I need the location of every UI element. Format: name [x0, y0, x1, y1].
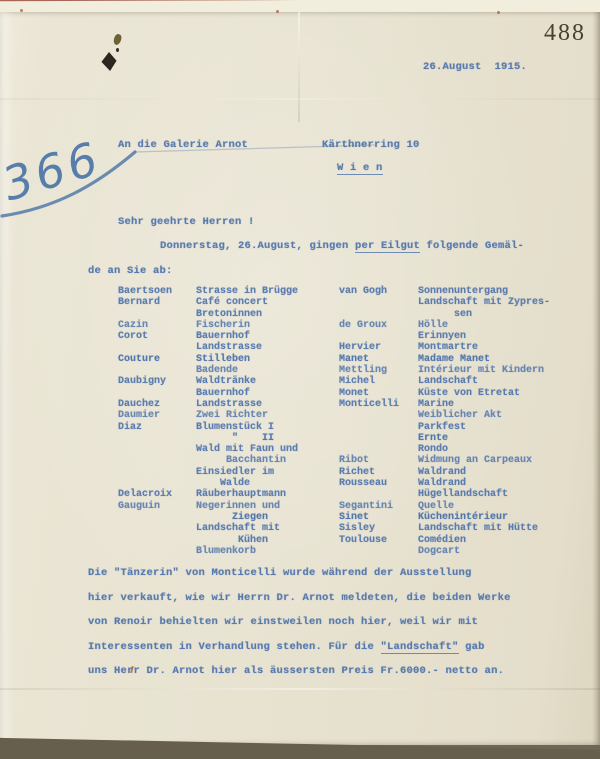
table-row: Wald mit Faun undRondo [118, 444, 588, 455]
work-cell-right: Hügellandschaft [418, 489, 588, 500]
artist-cell-left: Daubigny [118, 376, 196, 387]
work-cell-left: Strasse in Brügge [196, 286, 339, 297]
work-cell-right: Sonnenuntergang [418, 286, 588, 297]
letter-page: 488 366 26.August 1915. An die Galerie A… [0, 12, 600, 745]
table-row: KühenToulouseComédien [118, 535, 588, 546]
recipient-city-text: W i e n [337, 162, 383, 175]
artist-cell-right [339, 546, 418, 557]
artist-cell-left [118, 512, 196, 523]
artist-cell-left: Delacroix [118, 489, 196, 500]
work-cell-left: Bretoninnen [196, 309, 339, 320]
artist-cell-left [118, 535, 196, 546]
work-cell-left: Landschaft mit [196, 523, 339, 534]
work-cell-right: Comédien [418, 535, 588, 546]
artist-cell-left [118, 309, 196, 320]
artist-cell-right: van Gogh [339, 286, 418, 297]
work-cell-left: " II [196, 433, 339, 444]
work-cell-right: Widmung an Carpeaux [418, 455, 588, 466]
work-cell-right: Madame Manet [418, 354, 588, 365]
work-cell-left: Bauernhof [196, 388, 339, 399]
ink-blot [100, 52, 118, 71]
table-row: BadendeMettlingIntérieur mit Kindern [118, 365, 588, 376]
closing-line-3: von Renoir behielten wir einstweilen noc… [88, 616, 558, 641]
table-row: ZiegenSinetKüchenintérieur [118, 512, 588, 523]
intro-line-1-pre: Donnerstag, 26.August, gingen [160, 240, 355, 252]
closing-line-5: uns Herr Dr. Arnot hier als äussersten P… [88, 665, 558, 690]
table-row: LandstrasseHervierMontmartre [118, 342, 588, 353]
red-speck [497, 11, 500, 14]
work-cell-left: Negerinnen und [196, 501, 339, 512]
intro-line-1: Donnerstag, 26.August, gingen per Eilgut… [160, 240, 524, 252]
artist-cell-left: Daumier [118, 410, 196, 421]
work-cell-left: Bacchantin [196, 455, 339, 466]
table-row: WaldeRousseauWaldrand [118, 478, 588, 489]
artist-cell-left [118, 455, 196, 466]
work-cell-left: Walde [196, 478, 339, 489]
table-row: CoutureStillebenManetMadame Manet [118, 354, 588, 365]
shipment-table: BaertsoenStrasse in Brüggevan GoghSonnen… [118, 286, 588, 557]
artist-cell-left [118, 546, 196, 557]
recipient-city: W i e n [337, 162, 383, 174]
work-cell-right: Ernte [418, 433, 588, 444]
closing-line-4: Interessenten in Verhandlung stehen. Für… [88, 641, 558, 666]
work-cell-right: Weiblicher Akt [418, 410, 588, 421]
artist-cell-right: Manet [339, 354, 418, 365]
fold-crease-vertical [298, 12, 300, 122]
artist-cell-right: Richet [339, 467, 418, 478]
intro-line-1-post: folgende Gemäl- [420, 240, 524, 252]
table-row: DaubignyWaldtränkeMichelLandschaft [118, 376, 588, 387]
artist-cell-right: Ribot [339, 455, 418, 466]
table-row: Bretoninnen sen [118, 309, 588, 320]
work-cell-right: Quelle [418, 501, 588, 512]
work-cell-left: Badende [196, 365, 339, 376]
artist-cell-right [339, 422, 418, 433]
artist-cell-left: Dauchez [118, 399, 196, 410]
table-row: CazinFischerinde GrouxHölle [118, 320, 588, 331]
ink-blot-droplet [112, 33, 122, 46]
artist-cell-right: Mettling [339, 365, 418, 376]
work-cell-right: Dogcart [418, 546, 588, 557]
recipient-address: Kärthnerring 10 [322, 139, 420, 151]
paper-left-edge-highlight [0, 12, 14, 745]
artist-cell-left [118, 444, 196, 455]
work-cell-left: Zwei Richter [196, 410, 339, 421]
work-cell-left: Waldtränke [196, 376, 339, 387]
work-cell-right: Landschaft [418, 376, 588, 387]
closing-paragraph: Die "Tänzerin" von Monticelli wurde währ… [88, 567, 558, 690]
artist-cell-right: Michel [339, 376, 418, 387]
artist-cell-right [339, 433, 418, 444]
artist-cell-left [118, 523, 196, 534]
work-cell-right: Montmartre [418, 342, 588, 353]
work-cell-left: Blumenstück I [196, 422, 339, 433]
closing-line-4-pre: Interessenten in Verhandlung stehen. Für… [88, 641, 381, 653]
artist-cell-left [118, 342, 196, 353]
artist-cell-right [339, 444, 418, 455]
scanned-letter-photo: 488 366 26.August 1915. An die Galerie A… [0, 0, 600, 759]
intro-line-1-underlined: per Eilgut [355, 240, 420, 253]
table-row: " IIErnte [118, 433, 588, 444]
artist-cell-left: Corot [118, 331, 196, 342]
artist-cell-left: Gauguin [118, 501, 196, 512]
artist-cell-right: Rousseau [339, 478, 418, 489]
date-line: 26.August 1915. [423, 61, 527, 73]
artist-cell-right: Sisley [339, 523, 418, 534]
table-row: BernardCafé concertLandschaft mit Zypres… [118, 297, 588, 308]
archive-page-number: 488 [544, 20, 586, 47]
work-cell-right: Erinnyen [418, 331, 588, 342]
artist-cell-right: Monet [339, 388, 418, 399]
artist-cell-left [118, 365, 196, 376]
work-cell-left: Fischerin [196, 320, 339, 331]
table-row: CorotBauernhofErinnyen [118, 331, 588, 342]
work-cell-left: Landstrasse [196, 399, 339, 410]
work-cell-right: Küste von Etretat [418, 388, 588, 399]
ink-blot-dot [116, 48, 119, 52]
artist-cell-right: Monticelli [339, 399, 418, 410]
artist-cell-right: de Groux [339, 320, 418, 331]
artist-cell-left [118, 433, 196, 444]
work-cell-left: Ziegen [196, 512, 339, 523]
artist-cell-right: Toulouse [339, 535, 418, 546]
artist-cell-right: Segantini [339, 501, 418, 512]
table-row: BauernhofMonetKüste von Etretat [118, 388, 588, 399]
work-cell-right: Landschaft mit Zypres- [418, 297, 588, 308]
closing-line-4-underlined: "Landschaft" [381, 641, 459, 654]
work-cell-right: Waldrand [418, 467, 588, 478]
table-row: BlumenkorbDogcart [118, 546, 588, 557]
recipient-name: An die Galerie Arnot [118, 139, 248, 151]
work-cell-left: Stilleben [196, 354, 339, 365]
artist-cell-right: Sinet [339, 512, 418, 523]
work-cell-right: Küchenintérieur [418, 512, 588, 523]
fold-crease-horizontal [0, 98, 600, 100]
artist-cell-left [118, 388, 196, 399]
work-cell-left: Wald mit Faun und [196, 444, 339, 455]
work-cell-right: Hölle [418, 320, 588, 331]
table-row: DauchezLandstrasseMonticelliMarine [118, 399, 588, 410]
closing-line-1: Die "Tänzerin" von Monticelli wurde währ… [88, 567, 558, 592]
table-row: GauguinNegerinnen undSegantiniQuelle [118, 501, 588, 512]
artist-cell-left [118, 478, 196, 489]
red-speck [276, 10, 279, 13]
artist-cell-left [118, 467, 196, 478]
red-speck [20, 9, 23, 12]
artist-cell-right [339, 297, 418, 308]
work-cell-right: Parkfest [418, 422, 588, 433]
closing-line-2: hier verkauft, wie wir Herrn Dr. Arnot m… [88, 592, 558, 617]
table-row: Landschaft mitSisleyLandschaft mit Hütte [118, 523, 588, 534]
intro-line-2: de an Sie ab: [88, 265, 173, 277]
work-cell-left: Kühen [196, 535, 339, 546]
table-row: DiazBlumenstück IParkfest [118, 422, 588, 433]
table-row: DaumierZwei RichterWeiblicher Akt [118, 410, 588, 421]
work-cell-left: Blumenkorb [196, 546, 339, 557]
artist-cell-right [339, 489, 418, 500]
table-row: BaertsoenStrasse in Brüggevan GoghSonnen… [118, 286, 588, 297]
work-cell-right: sen [418, 309, 588, 320]
table-row: DelacroixRäuberhauptmannHügellandschaft [118, 489, 588, 500]
paper-right-edge-shadow [592, 12, 600, 745]
artist-cell-right: Hervier [339, 342, 418, 353]
work-cell-left: Räuberhauptmann [196, 489, 339, 500]
work-cell-left: Café concert [196, 297, 339, 308]
artist-cell-left: Cazin [118, 320, 196, 331]
work-cell-right: Landschaft mit Hütte [418, 523, 588, 534]
artist-cell-right [339, 331, 418, 342]
closing-line-4-post: gab [459, 641, 485, 653]
work-cell-right: Rondo [418, 444, 588, 455]
artist-cell-left: Diaz [118, 422, 196, 433]
work-cell-right: Waldrand [418, 478, 588, 489]
salutation: Sehr geehrte Herren ! [118, 216, 255, 228]
table-row: BacchantinRibotWidmung an Carpeaux [118, 455, 588, 466]
work-cell-right: Marine [418, 399, 588, 410]
artist-cell-left: Couture [118, 354, 196, 365]
artist-cell-left: Baertsoen [118, 286, 196, 297]
work-cell-left: Bauernhof [196, 331, 339, 342]
table-row: Einsiedler imRichetWaldrand [118, 467, 588, 478]
artist-cell-right [339, 309, 418, 320]
work-cell-left: Landstrasse [196, 342, 339, 353]
artist-cell-left: Bernard [118, 297, 196, 308]
work-cell-left: Einsiedler im [196, 467, 339, 478]
work-cell-right: Intérieur mit Kindern [418, 365, 588, 376]
artist-cell-right [339, 410, 418, 421]
handwritten-number: 366 [0, 131, 108, 212]
